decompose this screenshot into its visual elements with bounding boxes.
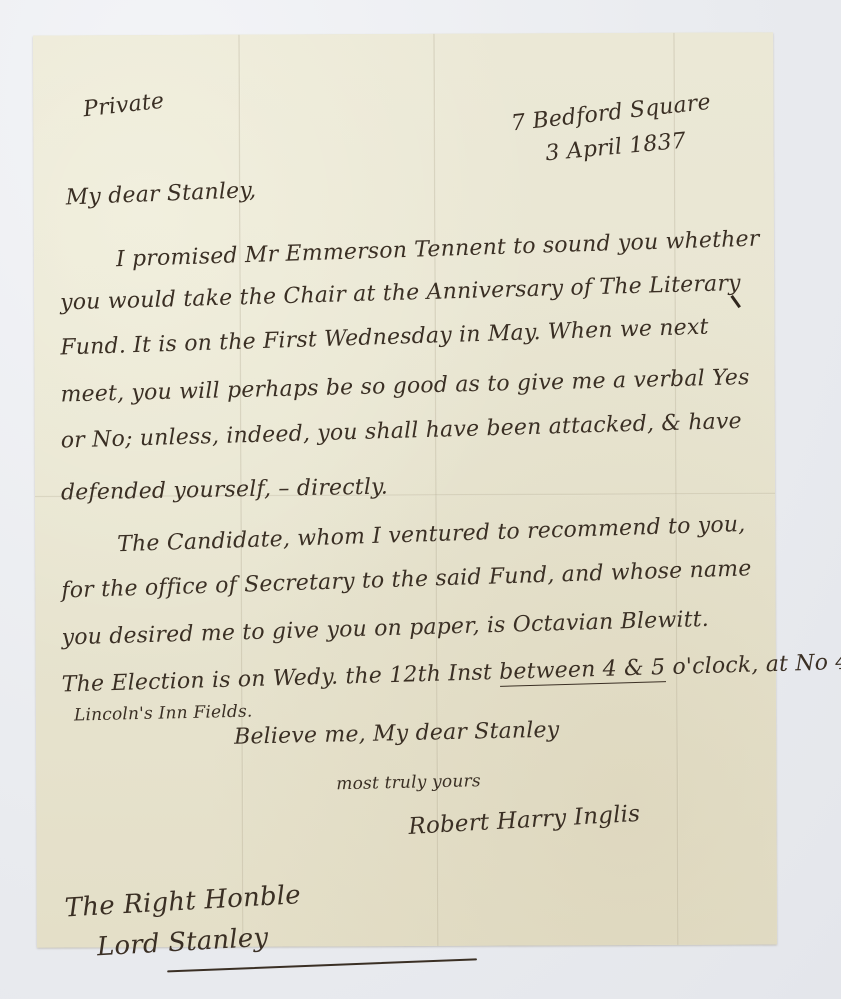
addressee-flourish	[167, 958, 477, 972]
election-location: Lincoln's Inn Fields.	[74, 702, 253, 726]
election-line: The Election is on Wedy. the 12th Inst b…	[61, 650, 841, 698]
addressee-name: Lord Stanley	[96, 923, 269, 963]
private-marking: Private	[82, 89, 165, 123]
fold-line-vertical	[673, 33, 679, 945]
ink-mark	[730, 295, 741, 308]
closing: Believe me, My dear Stanley	[234, 718, 560, 750]
body-line: you desired me to give you on paper, is …	[61, 607, 709, 651]
body-line: Fund. It is on the First Wednesday in Ma…	[60, 315, 709, 361]
body-line: for the office of Secretary to the said …	[61, 556, 752, 603]
body-line: or No; unless, indeed, you shall have be…	[60, 409, 742, 454]
body-line: defended yourself, – directly.	[61, 475, 388, 506]
valediction: most truly yours	[336, 771, 481, 794]
addressee-title: The Right Honble	[64, 880, 302, 923]
election-prefix: The Election is on Wedy. the 12th Inst	[61, 660, 499, 698]
letter-paper: Private 7 Bedford Square 3 April 1837 My…	[33, 32, 777, 947]
signature: Robert Harry Inglis	[408, 801, 641, 840]
body-line: you would take the Chair at the Annivers…	[60, 271, 741, 316]
election-time-underlined: between 4 & 5	[499, 655, 666, 687]
salutation: My dear Stanley,	[65, 178, 256, 210]
body-line: I promised Mr Emmerson Tennent to sound …	[116, 226, 760, 272]
letter-date: 3 April 1837	[544, 129, 687, 167]
fold-line-vertical	[433, 34, 439, 946]
body-line: The Candidate, whom I ventured to recomm…	[117, 512, 746, 557]
election-suffix: o'clock, at No 4	[665, 650, 841, 680]
body-line: meet, you will perhaps be so good as to …	[60, 365, 750, 407]
